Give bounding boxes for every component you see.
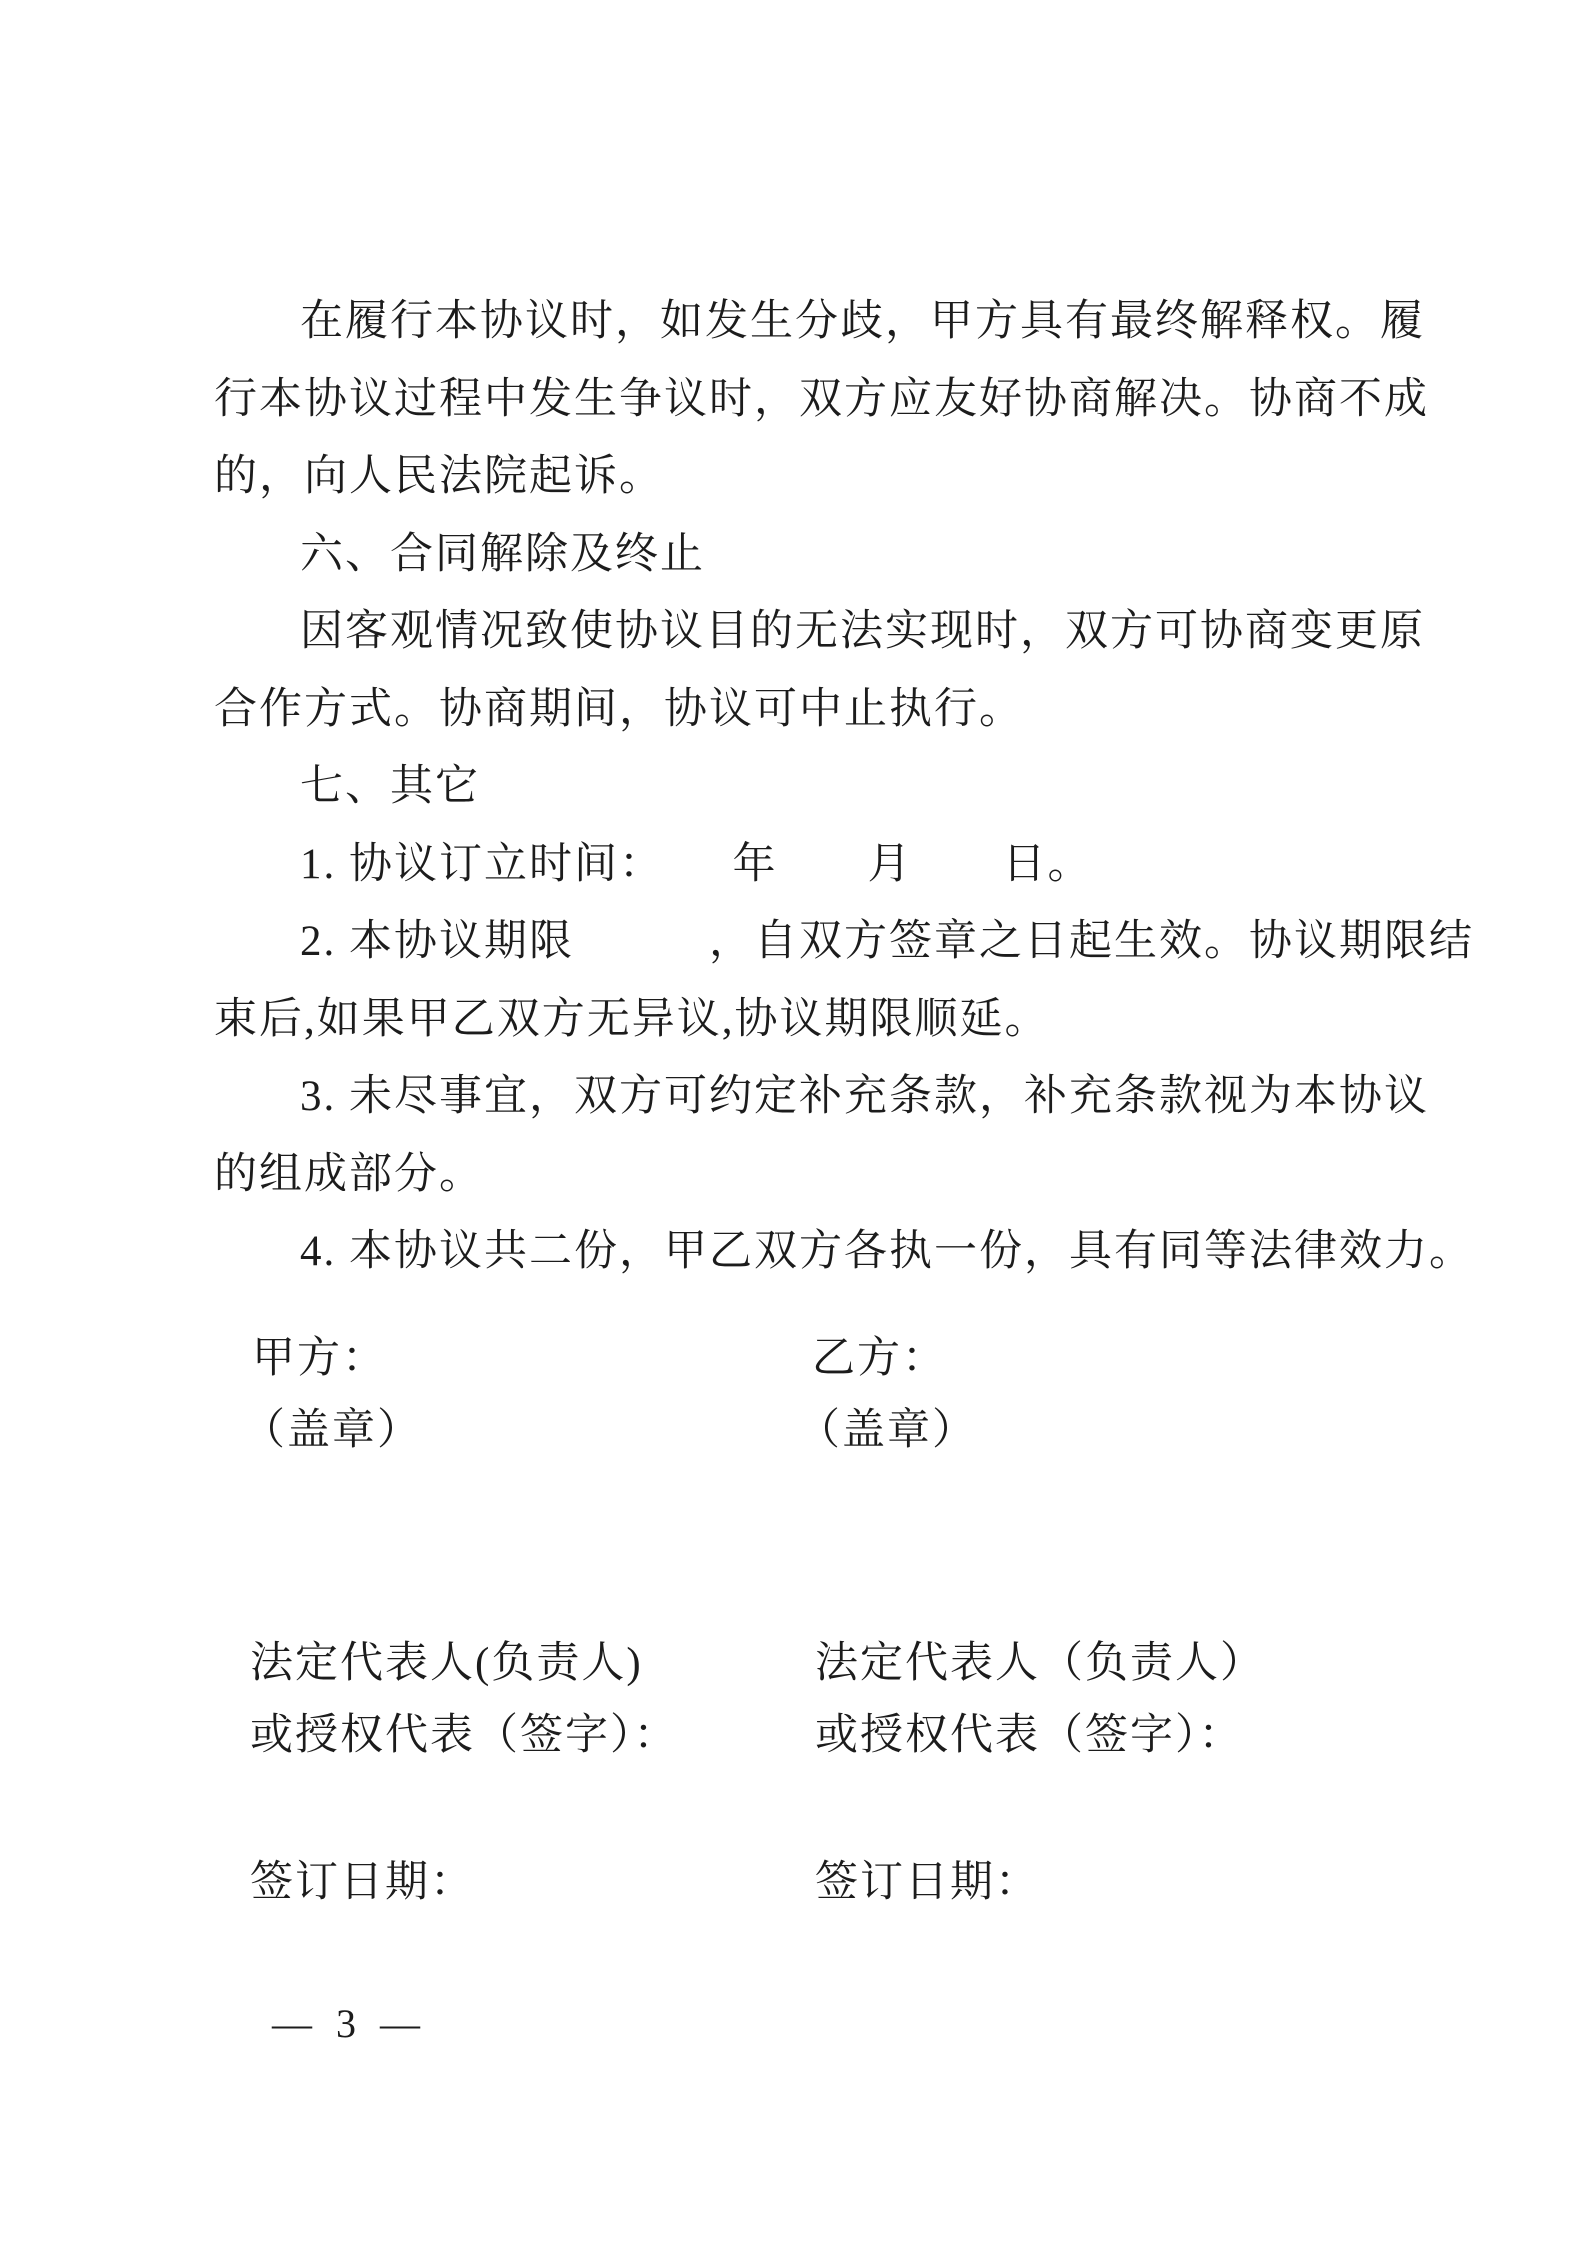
- body-line: 的组成部分。: [214, 1136, 1414, 1214]
- body-line: 束后,如果甲乙双方无异议,协议期限顺延。: [214, 981, 1414, 1059]
- body-line: 在履行本协议时，如发生分歧，甲方具有最终解释权。履: [214, 283, 1414, 361]
- body-text: 在履行本协议时，如发生分歧，甲方具有最终解释权。履 行本协议过程中发生争议时，双…: [214, 283, 1414, 1291]
- clause-item-1: 1. 协议订立时间： 年 月 日。: [214, 826, 1414, 904]
- party-b-seal-label: （盖章）: [797, 1408, 977, 1454]
- party-b-representative-line1: 法定代表人（负责人）: [815, 1641, 1265, 1687]
- page-number: — 3 —: [272, 2002, 427, 2046]
- body-line: 行本协议过程中发生争议时，双方应友好协商解决。协商不成: [214, 361, 1414, 439]
- body-line: 的，向人民法院起诉。: [214, 438, 1414, 516]
- party-b-label: 乙方：: [812, 1336, 947, 1382]
- party-a-representative-line1: 法定代表人(负责人): [250, 1641, 643, 1687]
- body-line: 因客观情况致使协议目的无法实现时，双方可协商变更原: [214, 593, 1414, 671]
- party-a-representative-line2: 或授权代表（签字）：: [250, 1713, 679, 1759]
- clause-item-3: 3. 未尽事宜，双方可约定补充条款，补充条款视为本协议: [214, 1058, 1414, 1136]
- party-b-sign-date-label: 签订日期：: [815, 1860, 1040, 1906]
- party-a-sign-date-label: 签订日期：: [250, 1860, 475, 1906]
- clause-item-2: 2. 本协议期限 ，自双方签章之日起生效。协议期限结: [214, 903, 1414, 981]
- section-heading-seven: 七、其它: [214, 748, 1414, 826]
- clause-item-4: 4. 本协议共二份，甲乙双方各执一份，具有同等法律效力。: [214, 1213, 1414, 1291]
- party-a-label: 甲方：: [252, 1336, 387, 1382]
- party-a-seal-label: （盖章）: [242, 1408, 422, 1454]
- section-heading-six: 六、合同解除及终止: [214, 516, 1414, 594]
- body-line: 合作方式。协商期间，协议可中止执行。: [214, 671, 1414, 749]
- party-b-representative-line2: 或授权代表（签字）：: [815, 1713, 1244, 1759]
- document-page: 在履行本协议时，如发生分歧，甲方具有最终解释权。履 行本协议过程中发生争议时，双…: [0, 0, 1587, 2245]
